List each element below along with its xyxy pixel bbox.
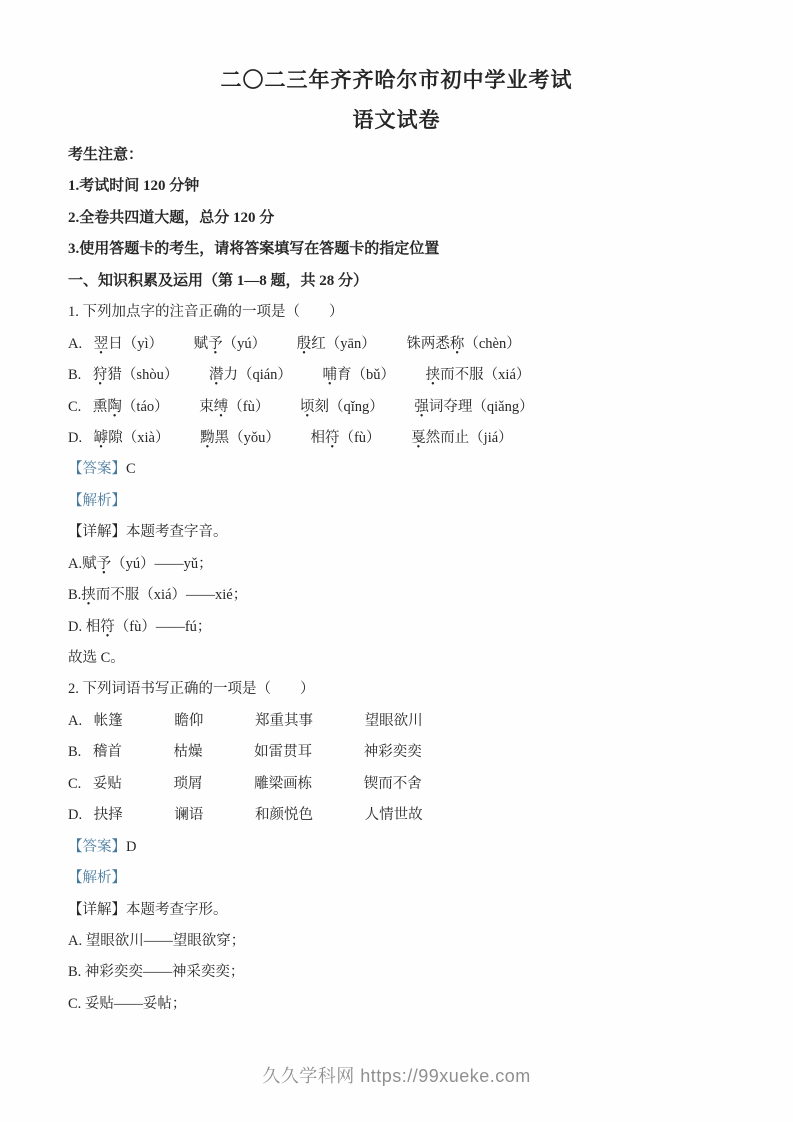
option-item: 瞻仰 bbox=[174, 713, 203, 729]
question-2: 2. 下列词语书写正确的一项是（ ） A. 帐篷 瞻仰 郑重其事 望眼欲川 B.… bbox=[68, 674, 753, 1020]
question-1-answer-line: 【答案】C bbox=[68, 454, 753, 485]
option-item: 相符（fù） bbox=[310, 430, 380, 446]
option-item: 望眼欲川 bbox=[365, 713, 423, 729]
option-item: 挟而不服（xiá） bbox=[426, 367, 531, 383]
option-item: 铢两悉称（chèn） bbox=[406, 336, 520, 352]
option-item: 罅隙（xià） bbox=[94, 430, 170, 446]
option-item: 妥贴 bbox=[93, 776, 122, 792]
option-item: 殷红（yān） bbox=[297, 336, 376, 352]
question-2-analysis-line: 【解析】 bbox=[68, 863, 753, 894]
option-item: 赋予（yú） bbox=[194, 336, 267, 352]
page-subtitle: 语文试卷 bbox=[0, 100, 793, 140]
detail-tag: 【详解】 bbox=[68, 902, 126, 918]
notice-heading: 考生注意： bbox=[68, 140, 753, 171]
watermark-footer: 久久学科网 https://99xueke.com bbox=[0, 1062, 793, 1088]
option-item: 帐篷 bbox=[94, 713, 123, 729]
explanation-line: D. 相符（fù）——fú； bbox=[68, 612, 753, 643]
option-item: 如雷贯耳 bbox=[254, 744, 312, 760]
option-label: C. bbox=[68, 776, 81, 792]
analysis-tag: 【解析】 bbox=[68, 870, 126, 886]
explanation-line: C. 妥贴——妥帖； bbox=[68, 989, 753, 1020]
notice-line-3: 3.使用答题卡的考生，请将答案填写在答题卡的指定位置 bbox=[68, 234, 753, 265]
section-heading: 一、知识积累及运用（第 1—8 题，共 28 分） bbox=[68, 266, 753, 297]
option-label: A. bbox=[68, 336, 82, 352]
option-label: D. bbox=[68, 807, 82, 823]
option-item: 束缚（fù） bbox=[199, 399, 269, 415]
explanation-line: A. 望眼欲川——望眼欲穿； bbox=[68, 926, 753, 957]
option-item: 抉择 bbox=[94, 807, 123, 823]
option-item: 稽首 bbox=[93, 744, 122, 760]
question-2-option-a: A. 帐篷 瞻仰 郑重其事 望眼欲川 bbox=[68, 706, 753, 737]
option-item: 翌日（yì） bbox=[94, 336, 163, 352]
option-item: 熏陶（táo） bbox=[93, 399, 169, 415]
option-item: 琐屑 bbox=[174, 776, 203, 792]
exam-paper-page: 二〇二三年齐齐哈尔市初中学业考试 语文试卷 考生注意： 1.考试时间 120 分… bbox=[0, 0, 793, 1122]
explanation-line: A.赋予（yú）——yǔ； bbox=[68, 549, 753, 580]
option-item: 戛然而止（jiá） bbox=[411, 430, 513, 446]
option-item: 枯燥 bbox=[174, 744, 203, 760]
answer-value: D bbox=[126, 839, 136, 855]
question-1-stem: 1. 下列加点字的注音正确的一项是（ ） bbox=[68, 297, 753, 328]
explanation-line: B. 神彩奕奕——神采奕奕； bbox=[68, 957, 753, 988]
option-label: B. bbox=[68, 744, 81, 760]
option-item: 锲而不舍 bbox=[364, 776, 422, 792]
option-item: 人情世故 bbox=[365, 807, 423, 823]
notice-line-2: 2.全卷共四道大题，总分 120 分 bbox=[68, 203, 753, 234]
option-item: 雕梁画栋 bbox=[254, 776, 312, 792]
detail-text: 本题考查字形。 bbox=[126, 902, 228, 918]
question-1: 1. 下列加点字的注音正确的一项是（ ） A. 翌日（yì） 赋予（yú） 殷红… bbox=[68, 297, 753, 674]
option-item: 强词夺理（qiǎng） bbox=[414, 399, 533, 415]
question-2-option-b: B. 稽首 枯燥 如雷贯耳 神彩奕奕 bbox=[68, 737, 753, 768]
question-1-detail-line: 【详解】本题考查字音。 bbox=[68, 517, 753, 548]
option-item: 潜力（qián） bbox=[209, 367, 292, 383]
option-item: 顷刻（qǐng） bbox=[300, 399, 384, 415]
option-label: B. bbox=[68, 367, 81, 383]
explanation-line: 故选 C。 bbox=[68, 643, 753, 674]
option-item: 哺育（bǔ） bbox=[323, 367, 396, 383]
option-label: A. bbox=[68, 713, 82, 729]
explanation-line: B.挟而不服（xiá）——xié； bbox=[68, 580, 753, 611]
question-2-stem: 2. 下列词语书写正确的一项是（ ） bbox=[68, 674, 753, 705]
option-item: 谰语 bbox=[174, 807, 203, 823]
question-2-detail-line: 【详解】本题考查字形。 bbox=[68, 895, 753, 926]
option-item: 黝黑（yǒu） bbox=[200, 430, 280, 446]
notice-line-1: 1.考试时间 120 分钟 bbox=[68, 171, 753, 202]
question-2-answer-line: 【答案】D bbox=[68, 832, 753, 863]
answer-value: C bbox=[126, 461, 136, 477]
option-item: 郑重其事 bbox=[255, 713, 313, 729]
question-1-option-d: D. 罅隙（xià） 黝黑（yǒu） 相符（fù） 戛然而止（jiá） bbox=[68, 423, 753, 454]
answer-tag: 【答案】 bbox=[68, 461, 126, 477]
option-label: C. bbox=[68, 399, 81, 415]
question-2-option-d: D. 抉择 谰语 和颜悦色 人情世故 bbox=[68, 800, 753, 831]
question-2-option-c: C. 妥贴 琐屑 雕梁画栋 锲而不舍 bbox=[68, 769, 753, 800]
analysis-tag: 【解析】 bbox=[68, 493, 126, 509]
option-item: 狩猎（shòu） bbox=[93, 367, 178, 383]
page-title: 二〇二三年齐齐哈尔市初中学业考试 bbox=[0, 60, 793, 100]
option-item: 和颜悦色 bbox=[255, 807, 313, 823]
question-1-option-b: B. 狩猎（shòu） 潜力（qián） 哺育（bǔ） 挟而不服（xiá） bbox=[68, 360, 753, 391]
answer-tag: 【答案】 bbox=[68, 839, 126, 855]
detail-tag: 【详解】 bbox=[68, 524, 126, 540]
option-label: D. bbox=[68, 430, 82, 446]
question-1-analysis-line: 【解析】 bbox=[68, 486, 753, 517]
question-1-option-a: A. 翌日（yì） 赋予（yú） 殷红（yān） 铢两悉称（chèn） bbox=[68, 329, 753, 360]
option-item: 神彩奕奕 bbox=[364, 744, 422, 760]
question-1-option-c: C. 熏陶（táo） 束缚（fù） 顷刻（qǐng） 强词夺理（qiǎng） bbox=[68, 392, 753, 423]
detail-text: 本题考查字音。 bbox=[126, 524, 228, 540]
